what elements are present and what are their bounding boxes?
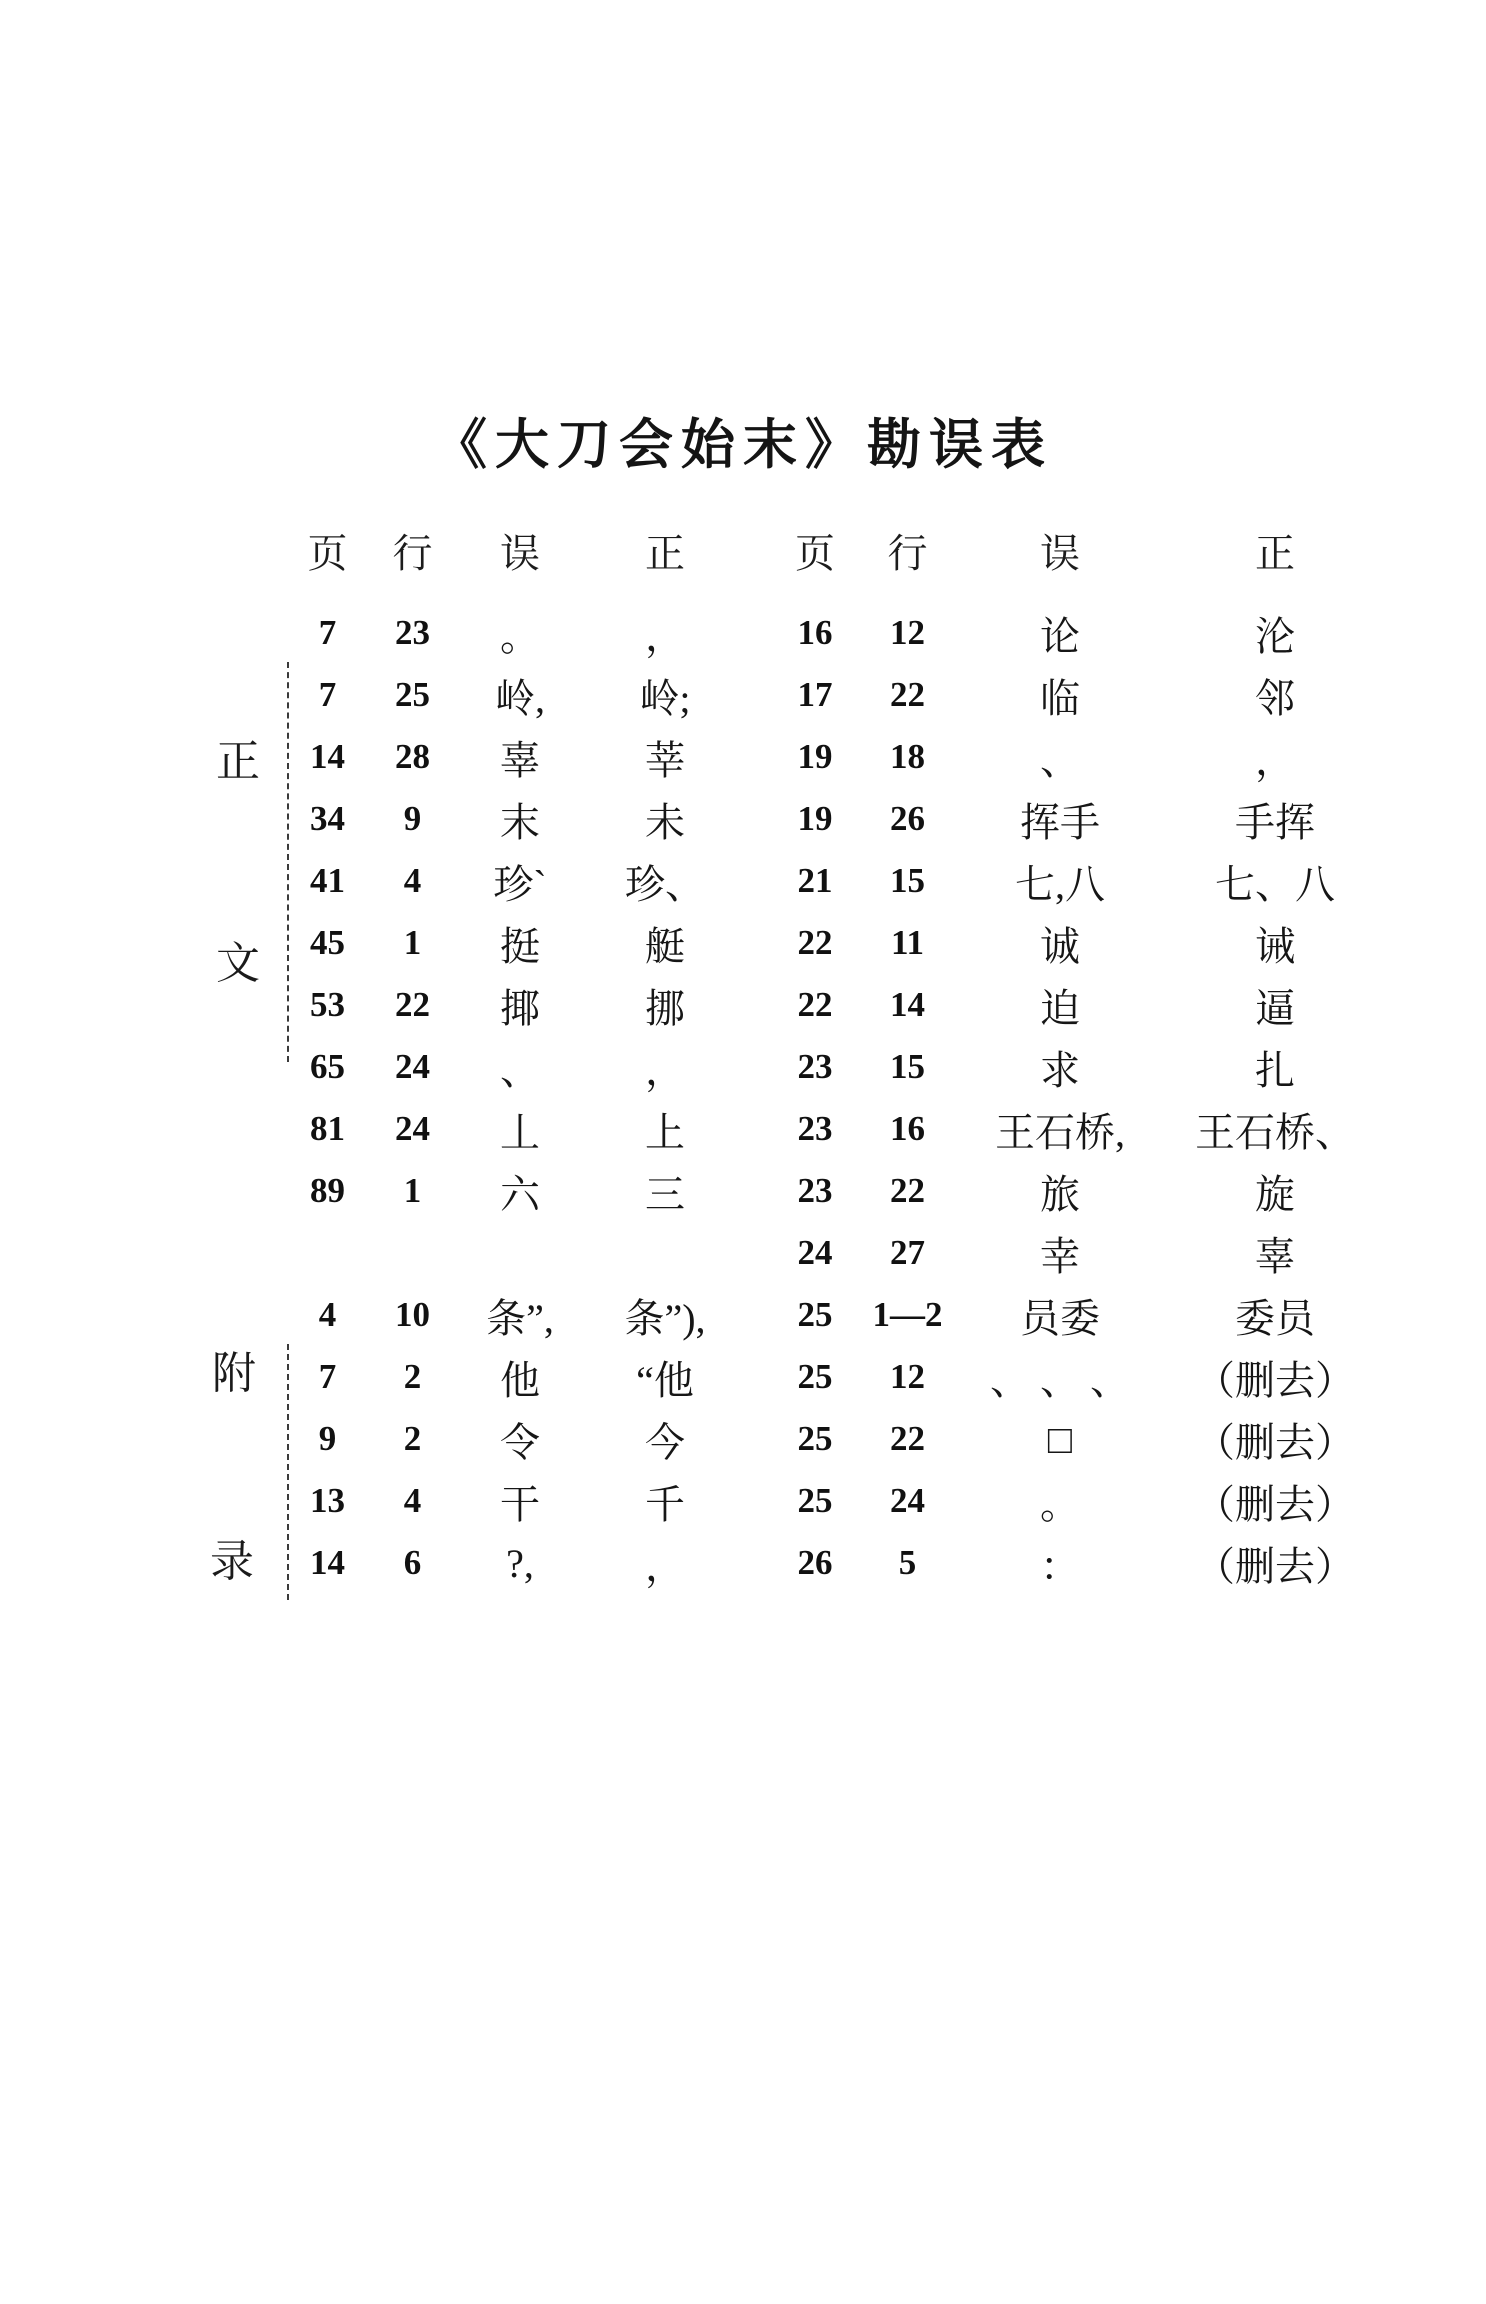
cell-left-right: 挪 xyxy=(585,974,745,1036)
cell-right-page: 23 xyxy=(775,1098,855,1160)
cell-right-wrong: 、 、 、 xyxy=(960,1346,1160,1408)
column-gap xyxy=(745,1160,775,1222)
cell-left-wrong: 干 xyxy=(455,1470,585,1532)
cell-left-line: 1 xyxy=(370,912,455,974)
cell-left-line: 10 xyxy=(370,1284,455,1346)
header-left-wrong: 误 xyxy=(455,520,585,580)
cell-left-right: “他 xyxy=(585,1346,745,1408)
cell-left-wrong xyxy=(455,1222,585,1284)
header-spacer-row xyxy=(285,580,1390,602)
section-label-main-text-char-1: 正 xyxy=(216,740,260,784)
cell-right-wrong: 诚 xyxy=(960,912,1160,974)
errata-row: 134干千2524。（删去） xyxy=(285,1470,1390,1532)
column-gap xyxy=(745,602,775,664)
cell-left-wrong: 末 xyxy=(455,788,585,850)
cell-right-line: 12 xyxy=(855,1346,960,1408)
cell-right-wrong: 员委 xyxy=(960,1284,1160,1346)
column-gap xyxy=(745,1036,775,1098)
cell-left-wrong: 挺 xyxy=(455,912,585,974)
cell-right-right: （删去） xyxy=(1160,1532,1390,1594)
column-gap xyxy=(745,520,775,580)
cell-left-page: 7 xyxy=(285,664,370,726)
column-gap xyxy=(745,1532,775,1594)
cell-right-right: ， xyxy=(1160,726,1390,788)
header-left-line: 行 xyxy=(370,520,455,580)
cell-left-wrong: 珍` xyxy=(455,850,585,912)
cell-left-page: 14 xyxy=(285,726,370,788)
cell-right-page: 25 xyxy=(775,1408,855,1470)
errata-row: 414珍`珍、2115七,八七、八 xyxy=(285,850,1390,912)
cell-left-page: 65 xyxy=(285,1036,370,1098)
cell-right-page: 21 xyxy=(775,850,855,912)
cell-left-wrong: 他 xyxy=(455,1346,585,1408)
cell-left-line: 9 xyxy=(370,788,455,850)
cell-left-line: 22 xyxy=(370,974,455,1036)
cell-left-wrong: 辜 xyxy=(455,726,585,788)
errata-table-container: 页行误正页行误正723。，1612论沦725岭,岭;1722临邻1428辜莘19… xyxy=(285,520,1390,1594)
cell-left-right: ， xyxy=(585,602,745,664)
cell-left-right: 珍、 xyxy=(585,850,745,912)
cell-right-line: 22 xyxy=(855,664,960,726)
cell-right-right: 扎 xyxy=(1160,1036,1390,1098)
cell-left-page: 41 xyxy=(285,850,370,912)
cell-left-page: 9 xyxy=(285,1408,370,1470)
column-gap xyxy=(745,1098,775,1160)
cell-right-page: 25 xyxy=(775,1346,855,1408)
cell-left-page: 4 xyxy=(285,1284,370,1346)
cell-right-wrong: □ xyxy=(960,1408,1160,1470)
cell-right-line: 5 xyxy=(855,1532,960,1594)
errata-row: 6524、，2315求扎 xyxy=(285,1036,1390,1098)
cell-left-wrong: 令 xyxy=(455,1408,585,1470)
cell-left-wrong: ?, xyxy=(455,1532,585,1594)
cell-left-page: 13 xyxy=(285,1470,370,1532)
cell-right-page: 22 xyxy=(775,974,855,1036)
cell-left-right: 未 xyxy=(585,788,745,850)
cell-right-line: 18 xyxy=(855,726,960,788)
cell-right-page: 23 xyxy=(775,1036,855,1098)
cell-right-page: 25 xyxy=(775,1470,855,1532)
section-label-appendix-char-2: 录 xyxy=(210,1540,254,1584)
cell-left-page: 7 xyxy=(285,602,370,664)
cell-left-line: 28 xyxy=(370,726,455,788)
section-label-appendix-char-1: 附 xyxy=(212,1352,256,1396)
cell-left-page: 53 xyxy=(285,974,370,1036)
errata-table-body: 页行误正页行误正723。，1612论沦725岭,岭;1722临邻1428辜莘19… xyxy=(285,520,1390,1594)
cell-left-line xyxy=(370,1222,455,1284)
column-gap xyxy=(745,726,775,788)
header-left-right: 正 xyxy=(585,520,745,580)
errata-row: 1428辜莘1918、， xyxy=(285,726,1390,788)
column-gap xyxy=(745,664,775,726)
cell-right-line: 15 xyxy=(855,1036,960,1098)
cell-left-wrong: 岭, xyxy=(455,664,585,726)
cell-right-line: 12 xyxy=(855,602,960,664)
errata-header-row: 页行误正页行误正 xyxy=(285,520,1390,580)
cell-right-right: 旋 xyxy=(1160,1160,1390,1222)
errata-row: 2427幸辜 xyxy=(285,1222,1390,1284)
column-gap xyxy=(745,974,775,1036)
cell-right-wrong: 旅 xyxy=(960,1160,1160,1222)
column-gap xyxy=(745,1222,775,1284)
cell-right-right: （删去） xyxy=(1160,1470,1390,1532)
cell-left-page xyxy=(285,1222,370,1284)
cell-left-right: 今 xyxy=(585,1408,745,1470)
errata-row: 146?,，265：（删去） xyxy=(285,1532,1390,1594)
cell-right-page: 16 xyxy=(775,602,855,664)
cell-left-wrong: 条”, xyxy=(455,1284,585,1346)
cell-left-right: ， xyxy=(585,1532,745,1594)
column-gap xyxy=(745,850,775,912)
errata-row: 5322揶挪2214迫逼 xyxy=(285,974,1390,1036)
cell-right-line: 22 xyxy=(855,1160,960,1222)
errata-row: 451挺艇2211诚诫 xyxy=(285,912,1390,974)
cell-right-line: 15 xyxy=(855,850,960,912)
column-gap xyxy=(745,1284,775,1346)
cell-left-wrong: 。 xyxy=(455,602,585,664)
section-label-main-text-char-2: 文 xyxy=(216,942,260,986)
cell-left-line: 4 xyxy=(370,1470,455,1532)
header-right-line: 行 xyxy=(855,520,960,580)
cell-left-wrong: 、 xyxy=(455,1036,585,1098)
cell-right-line: 24 xyxy=(855,1470,960,1532)
header-right-page: 页 xyxy=(775,520,855,580)
cell-right-right: 逼 xyxy=(1160,974,1390,1036)
errata-row: 349末未1926挥手手挥 xyxy=(285,788,1390,850)
cell-right-right: 王石桥、 xyxy=(1160,1098,1390,1160)
errata-row: 410条”,条”),251—2员委委员 xyxy=(285,1284,1390,1346)
cell-left-line: 24 xyxy=(370,1098,455,1160)
cell-right-right: 辜 xyxy=(1160,1222,1390,1284)
cell-right-wrong: 。 xyxy=(960,1470,1160,1532)
header-right-right: 正 xyxy=(1160,520,1390,580)
scanned-page: 《大刀会始末》勘误表 正 文 附 录 页行误正页行误正723。，1612论沦72… xyxy=(0,0,1486,2304)
cell-left-right: 岭; xyxy=(585,664,745,726)
cell-left-right xyxy=(585,1222,745,1284)
cell-left-right: 莘 xyxy=(585,726,745,788)
errata-table: 页行误正页行误正723。，1612论沦725岭,岭;1722临邻1428辜莘19… xyxy=(285,520,1390,1594)
cell-right-wrong: 迫 xyxy=(960,974,1160,1036)
cell-right-line: 14 xyxy=(855,974,960,1036)
header-left-page: 页 xyxy=(285,520,370,580)
cell-right-wrong: 幸 xyxy=(960,1222,1160,1284)
cell-left-page: 45 xyxy=(285,912,370,974)
cell-right-page: 19 xyxy=(775,726,855,788)
column-gap xyxy=(745,1346,775,1408)
cell-right-line: 16 xyxy=(855,1098,960,1160)
column-gap xyxy=(745,1408,775,1470)
errata-row: 72他“他2512、 、 、（删去） xyxy=(285,1346,1390,1408)
header-right-wrong: 误 xyxy=(960,520,1160,580)
cell-right-line: 26 xyxy=(855,788,960,850)
cell-left-line: 4 xyxy=(370,850,455,912)
cell-right-right: 七、八 xyxy=(1160,850,1390,912)
cell-left-right: 千 xyxy=(585,1470,745,1532)
cell-right-right: 手挥 xyxy=(1160,788,1390,850)
column-gap xyxy=(745,912,775,974)
cell-left-line: 2 xyxy=(370,1346,455,1408)
cell-left-line: 25 xyxy=(370,664,455,726)
cell-left-page: 81 xyxy=(285,1098,370,1160)
cell-right-wrong: 临 xyxy=(960,664,1160,726)
cell-right-right: 沦 xyxy=(1160,602,1390,664)
cell-right-page: 19 xyxy=(775,788,855,850)
errata-row: 8124丄上2316王石桥,王石桥、 xyxy=(285,1098,1390,1160)
cell-right-wrong: 求 xyxy=(960,1036,1160,1098)
cell-left-line: 24 xyxy=(370,1036,455,1098)
cell-right-line: 27 xyxy=(855,1222,960,1284)
cell-left-page: 34 xyxy=(285,788,370,850)
cell-left-line: 23 xyxy=(370,602,455,664)
cell-right-line: 1—2 xyxy=(855,1284,960,1346)
cell-left-wrong: 丄 xyxy=(455,1098,585,1160)
page-title: 《大刀会始末》勘误表 xyxy=(0,402,1486,479)
errata-row: 92令今2522□（删去） xyxy=(285,1408,1390,1470)
cell-right-wrong: 七,八 xyxy=(960,850,1160,912)
cell-right-right: （删去） xyxy=(1160,1408,1390,1470)
cell-left-wrong: 揶 xyxy=(455,974,585,1036)
cell-left-page: 7 xyxy=(285,1346,370,1408)
cell-right-wrong: 挥手 xyxy=(960,788,1160,850)
cell-right-page: 17 xyxy=(775,664,855,726)
cell-left-wrong: 六 xyxy=(455,1160,585,1222)
cell-left-line: 2 xyxy=(370,1408,455,1470)
cell-right-right: 委员 xyxy=(1160,1284,1390,1346)
cell-right-line: 22 xyxy=(855,1408,960,1470)
cell-left-page: 14 xyxy=(285,1532,370,1594)
errata-row: 725岭,岭;1722临邻 xyxy=(285,664,1390,726)
cell-left-line: 1 xyxy=(370,1160,455,1222)
cell-right-page: 24 xyxy=(775,1222,855,1284)
cell-right-right: 诫 xyxy=(1160,912,1390,974)
cell-right-wrong: 论 xyxy=(960,602,1160,664)
cell-left-right: 条”), xyxy=(585,1284,745,1346)
cell-right-wrong: 、 xyxy=(960,726,1160,788)
cell-right-right: 邻 xyxy=(1160,664,1390,726)
cell-right-page: 22 xyxy=(775,912,855,974)
errata-row: 723。，1612论沦 xyxy=(285,602,1390,664)
column-gap xyxy=(745,788,775,850)
cell-right-page: 25 xyxy=(775,1284,855,1346)
cell-left-right: 上 xyxy=(585,1098,745,1160)
cell-right-right: （删去） xyxy=(1160,1346,1390,1408)
column-gap xyxy=(745,1470,775,1532)
cell-left-line: 6 xyxy=(370,1532,455,1594)
errata-row: 891六三2322旅旋 xyxy=(285,1160,1390,1222)
cell-right-page: 26 xyxy=(775,1532,855,1594)
cell-right-line: 11 xyxy=(855,912,960,974)
cell-right-page: 23 xyxy=(775,1160,855,1222)
cell-right-wrong: ： xyxy=(960,1532,1160,1594)
cell-right-wrong: 王石桥, xyxy=(960,1098,1160,1160)
cell-left-page: 89 xyxy=(285,1160,370,1222)
cell-left-right: 三 xyxy=(585,1160,745,1222)
cell-left-right: ， xyxy=(585,1036,745,1098)
cell-left-right: 艇 xyxy=(585,912,745,974)
